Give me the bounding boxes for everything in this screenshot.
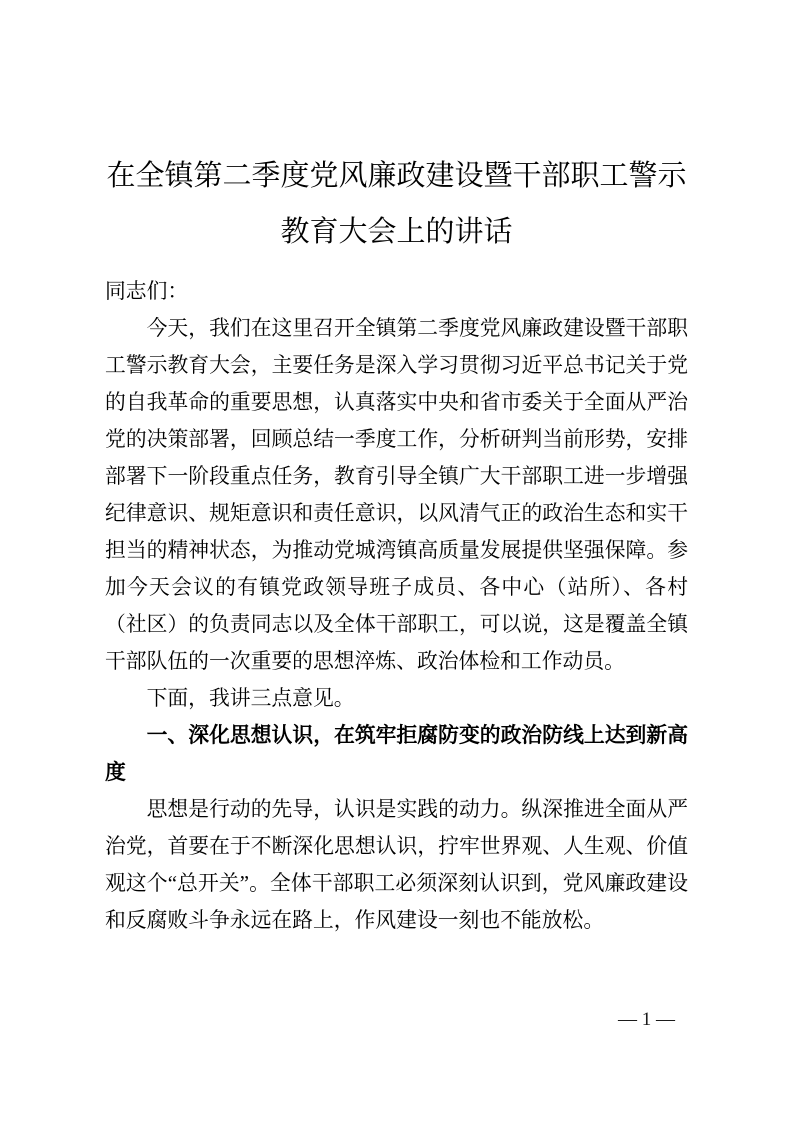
page-title: 在全镇第二季度党风廉政建设暨干部职工警示教育大会上的讲话 [105, 148, 688, 260]
document-content: 在全镇第二季度党风廉政建设暨干部职工警示教育大会上的讲话 同志们： 今天，我们在… [105, 148, 688, 939]
section-heading: 一、深化思想认识，在筑牢拒腐防变的政治防线上达到新高度 [105, 717, 688, 791]
document-body: 同志们： 今天，我们在这里召开全镇第二季度党风廉政建设暨干部职工警示教育大会，主… [105, 273, 688, 939]
page-number: — 1 — [618, 1008, 675, 1032]
paragraph: 今天，我们在这里召开全镇第二季度党风廉政建设暨干部职工警示教育大会，主要任务是深… [105, 310, 688, 680]
paragraph: 下面，我讲三点意见。 [105, 680, 688, 717]
document-page: 在全镇第二季度党风廉政建设暨干部职工警示教育大会上的讲话 同志们： 今天，我们在… [0, 0, 793, 1122]
paragraph: 思想是行动的先导，认识是实践的动力。纵深推进全面从严治党，首要在于不断深化思想认… [105, 791, 688, 939]
salutation: 同志们： [105, 273, 688, 310]
